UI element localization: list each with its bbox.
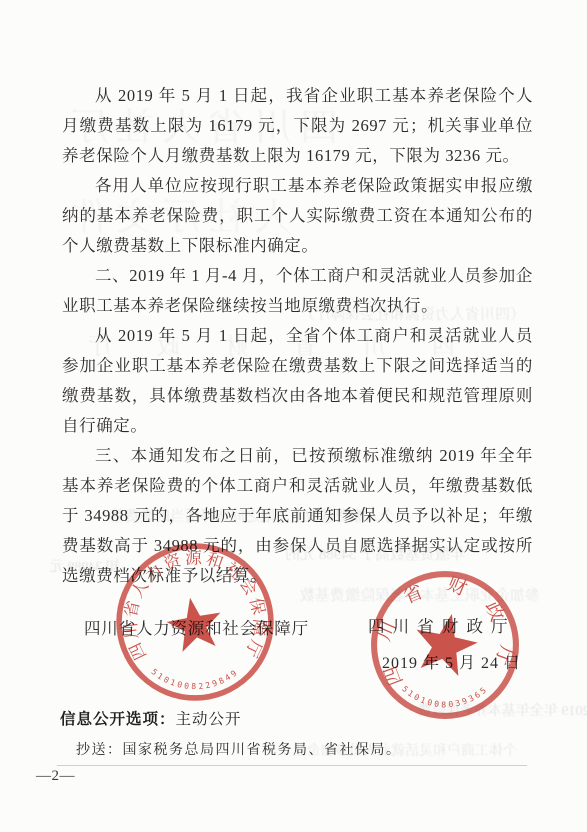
- disclosure-option-label: 信息公开选项：: [60, 711, 176, 728]
- footer-divider: [57, 765, 527, 766]
- page-number: —2—: [36, 768, 75, 785]
- document-body: 从 2019 年 5 月 1 日起，我省企业职工基本养老保险个人月缴费基数上限为…: [62, 81, 533, 591]
- disclosure-option-value: 主动公开: [176, 711, 242, 728]
- seal-star-icon: [409, 607, 482, 678]
- cc-line: 抄送：国家税务总局四川省税务局、省社保局。: [76, 739, 402, 759]
- official-seal-right-icon: 四川省财政厅 5101008039365: [369, 569, 521, 721]
- body-paragraph: 从 2019 年 5 月 1 日起，全省个体工商户和灵活就业人员参加企业职工基本…: [62, 321, 533, 441]
- body-paragraph: 二、2019 年 1 月-4 月，个体工商户和灵活就业人员参加企业职工基本养老保…: [62, 261, 533, 321]
- body-paragraph: 各用人单位应按现行职工基本养老保险政策据实申报应缴纳的基本养老保险费，职工个人实…: [62, 171, 533, 261]
- disclosure-option-line: 信息公开选项：主动公开: [60, 707, 242, 729]
- body-paragraph: 从 2019 年 5 月 1 日起，我省企业职工基本养老保险个人月缴费基数上限为…: [62, 81, 533, 171]
- seal-star-icon: [163, 593, 226, 654]
- scanned-document-page: 四川省人社厅 人社厅文件 （四川省人力资源和社会保障厅） 四 川 省 财 政 厅…: [0, 0, 587, 832]
- official-seal-left-icon: 四川省人力资源和社会保障厅 5101008229849: [114, 541, 276, 703]
- seal-serial-number: 5101008229849: [150, 666, 241, 691]
- svg-text:5101008229849: 5101008229849: [150, 666, 241, 691]
